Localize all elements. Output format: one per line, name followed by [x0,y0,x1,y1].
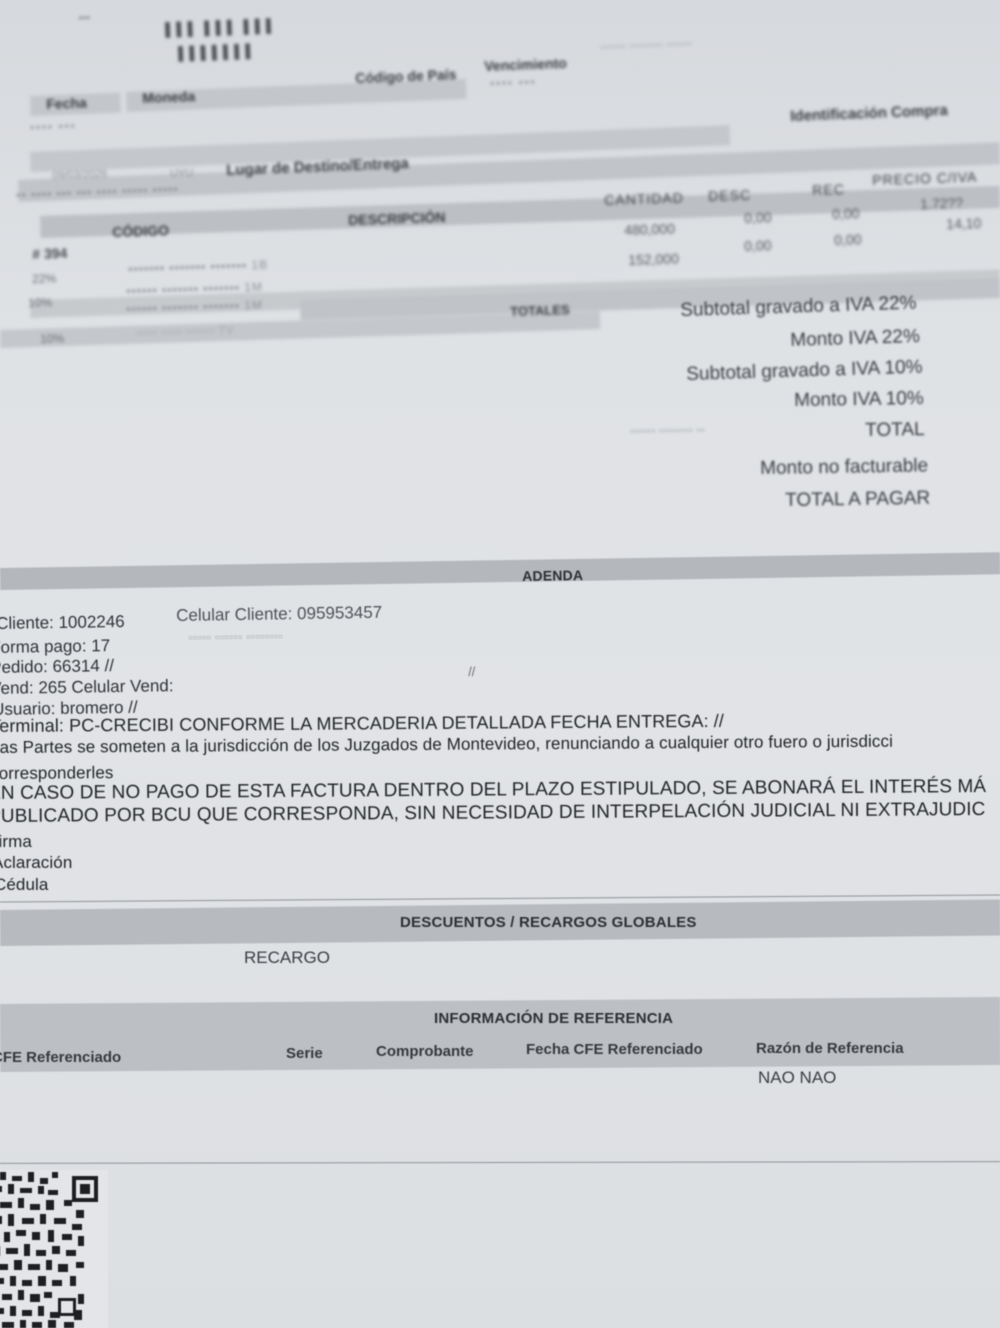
invoice-paper: ... ▌▌▌ ▌▌▌ ▌▌▌ ▌▌▌▌▌▌▌ Fecha Moneda Cód… [0,0,1000,1328]
recargo-value: RECARGO [244,948,330,968]
row-1-cantidad: 480,000 [624,220,675,238]
row-1-code: # 394 [32,245,68,262]
col-descripcion: DESCRIPCIÓN [348,209,446,228]
ref-col-comprobante: Comprobante [376,1043,474,1060]
descuentos-title: DESCUENTOS / RECARGOS GLOBALES [400,914,697,931]
col-fecha: Fecha [46,94,87,112]
adenda-vendedor: Vend: 265 Celular Vend: [0,676,174,699]
firma-label: Firma [0,832,32,852]
ref-col-fecha: Fecha CFE Referenciado [526,1041,703,1058]
col-rec: REC [812,181,845,198]
row-1-rec: 0,00 [832,205,860,222]
row-1-precio: 1.72?? [920,195,963,212]
row-3-description: ▪▪▪▪▪▪ ▪▪▪▪▪▪▪ ▪▪▪▪▪▪▪ 1M [126,298,263,316]
qr-alignment-pattern [58,1298,76,1316]
ref-col-serie: Serie [286,1045,323,1062]
adenda-celular-cliente: Celular Cliente: 095953457 [176,603,382,626]
adenda-corresponderles: corresponderles [0,763,114,784]
row-1-description: ▪▪▪▪▪▪▪ ▪▪▪▪▪▪▪ ▪▪▪▪▪▪▪ 1B [128,258,268,276]
col-codigo: CÓDIGO [112,222,169,240]
issuer-ghost-text: ▫▫▫▫▫▫ ▫▫▫▫▫▫▫▫ ▫▫▫▫▫▫ [600,36,692,54]
issuer-line-3: ▌▌▌▌▌▌▌ [178,43,257,61]
row-2-desc: 0,00 [744,237,772,254]
moneda-value: UYU [170,167,194,180]
identificacion-compra-label: Identificación Compra [790,102,948,125]
col-precio-iva: PRECIO C/IVA [872,169,978,188]
adenda-bar [0,552,1000,590]
total: TOTAL [865,419,925,442]
ref-col-razon: Razón de Referencia [756,1040,904,1057]
stray-mark-1: // [468,664,475,679]
vencimiento-value: ▪▪▪▪ ▪▪▪ [490,76,537,90]
col-moneda: Moneda [142,88,195,106]
col-vencimiento: Vencimiento [484,55,567,74]
col-desc: DESC [708,187,751,204]
row-2-tax: 22% [32,271,56,286]
ref-razon-value: NAO NAO [758,1068,836,1088]
row-3-tax: 10% [28,295,52,310]
qr-code-icon [0,1170,108,1328]
fecha-value: ▪▪▪▪ ▪▪▪ [30,120,77,134]
adenda-title: ADENDA [522,567,583,584]
adenda-pedido: Pedido: 66314 // [0,656,114,678]
ref-col-cfe: CFE Referenciado [0,1049,121,1066]
referencia-bar [0,997,1000,1072]
row-4-tax: 10% [40,331,64,346]
row-2-rec: 0,00 [834,231,862,248]
fecha-small-value: 09/03/2026 [52,168,107,182]
qr-top-rule [0,1161,1000,1164]
monto-no-facturable: Monto no facturable [760,455,928,480]
issuer-line-2: ▌▌▌ ▌▌▌ ▌▌▌ [165,18,278,37]
subtotal-iva-10: Subtotal gravado a IVA 10% [686,357,923,386]
aclaracion-label: Aclaración [0,853,72,873]
qr-finder-pattern [72,1176,98,1202]
ghost-subtotal: ▫▫▫▫▫▫ ▫▫▫▫▫▫▫▫ ▫▫ [630,423,705,438]
adenda-ghost-celular: ▫▫▫▫▫ ▫▫▫▫▫▫ ▫▫▫▫▫▫▫▫ [188,629,283,645]
monto-iva-22: Monto IVA 22% [790,326,920,352]
col-cantidad: CANTIDAD [604,190,684,208]
cedula-label: Cédula [0,875,48,895]
row-2-precio: 14,10 [946,215,982,232]
referencia-title: INFORMACIÓN DE REFERENCIA [434,1010,673,1027]
monto-iva-10: Monto IVA 10% [794,388,924,412]
totales-label: TOTALES [510,302,570,319]
adenda-cliente: Cliente: 1002246 [0,612,125,634]
adenda-forma-pago: Forma pago: 17 [0,636,110,658]
total-a-pagar: TOTAL A PAGAR [785,488,930,512]
row-1-desc: 0,00 [744,209,772,226]
issuer-line-1: ... [78,6,90,22]
row-2-cantidad: 152,000 [628,250,679,268]
